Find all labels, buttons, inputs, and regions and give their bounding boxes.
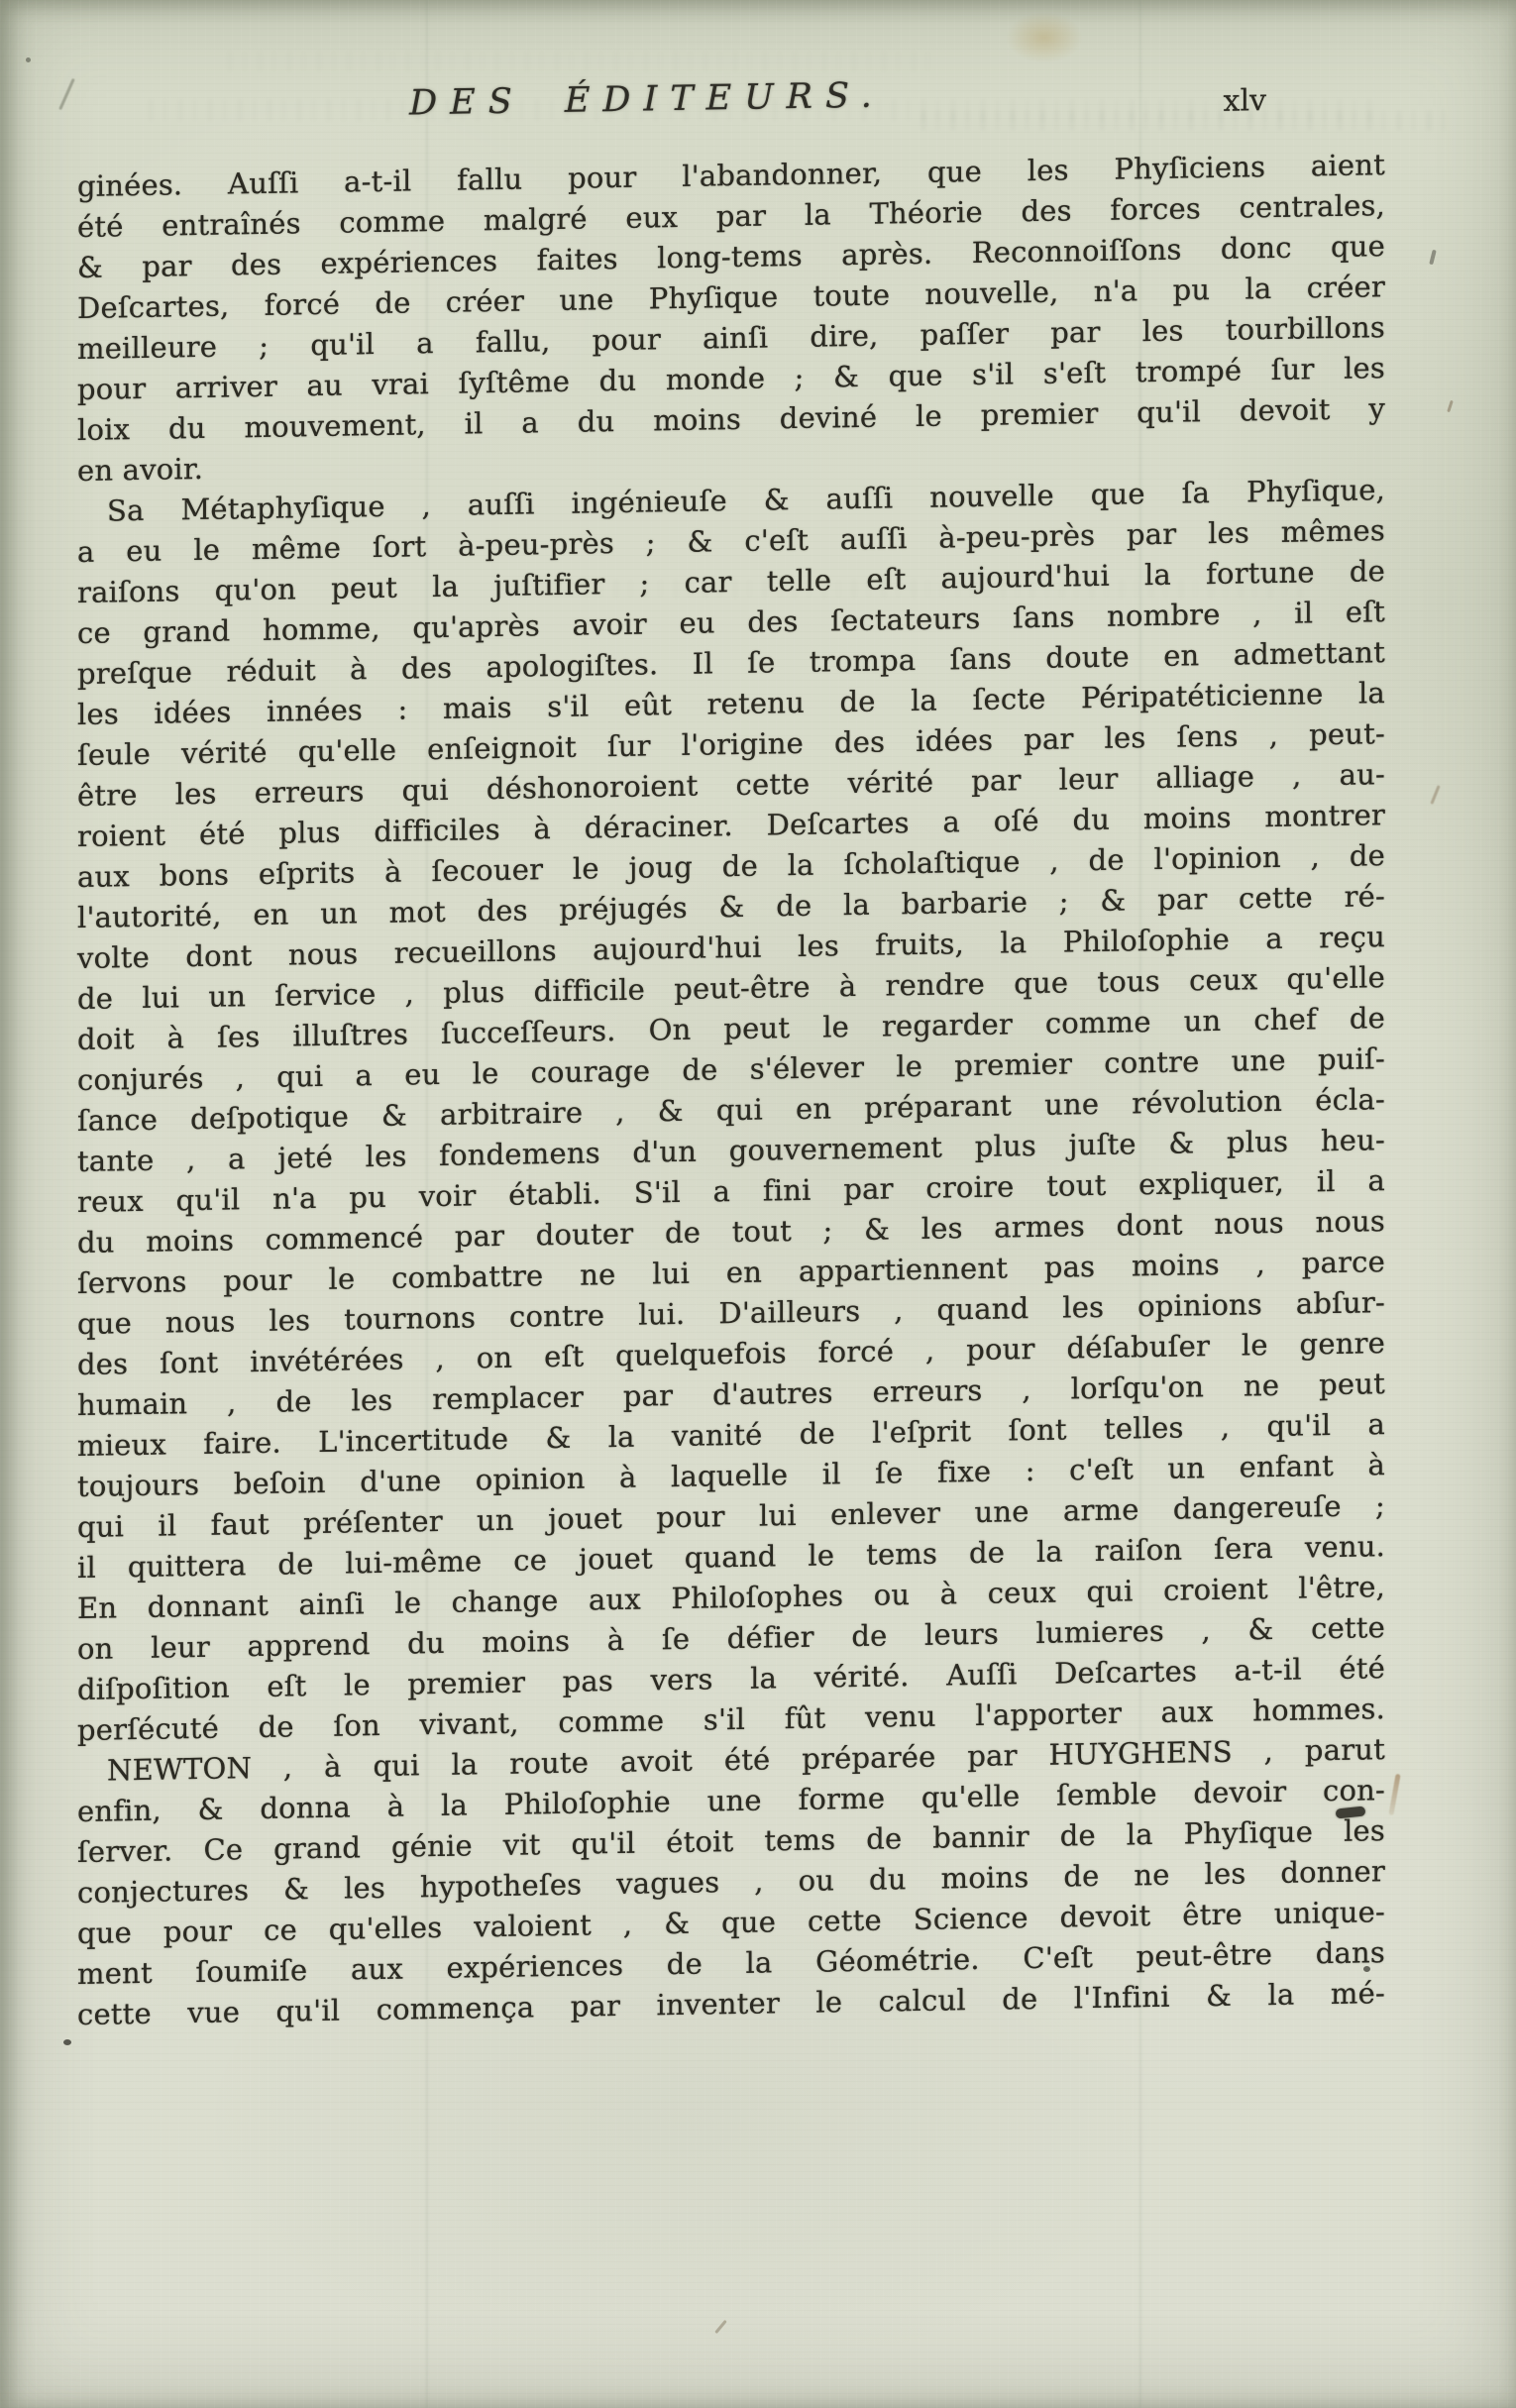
page-title: DES ÉDITEURS. [409, 75, 885, 123]
paper-stain [1006, 12, 1083, 63]
paper-fiber [714, 2320, 727, 2334]
running-header: DES ÉDITEURS. xlv [77, 67, 1385, 139]
paragraph: ginées. Auſſi a-t-il fallu pour l'abando… [77, 145, 1385, 492]
scanned-book-page: DES ÉDITEURS. xlv ginées. Auſſi a-t-il f… [0, 0, 1516, 2408]
body-text: ginées. Auſſi a-t-il fallu pour l'abando… [77, 145, 1385, 2035]
paper-fiber [1430, 785, 1440, 805]
bleedthrough-ghost-text [228, 52, 941, 71]
ink-speck [63, 2039, 71, 2045]
paragraph: Sa Métaphyſique , auſſi ingénieuſe & auſ… [77, 470, 1385, 1751]
ink-speck [1429, 250, 1437, 266]
text-column: DES ÉDITEURS. xlv ginées. Auſſi a-t-il f… [77, 67, 1385, 2035]
paper-fiber [58, 78, 75, 110]
paper-fiber [1447, 400, 1454, 412]
ink-speck [26, 57, 31, 62]
paper-fiber [1388, 1774, 1400, 1815]
page-number: xlv [1224, 83, 1266, 119]
paragraph: NEWTON , à qui la route avoit été prépar… [77, 1729, 1385, 2035]
